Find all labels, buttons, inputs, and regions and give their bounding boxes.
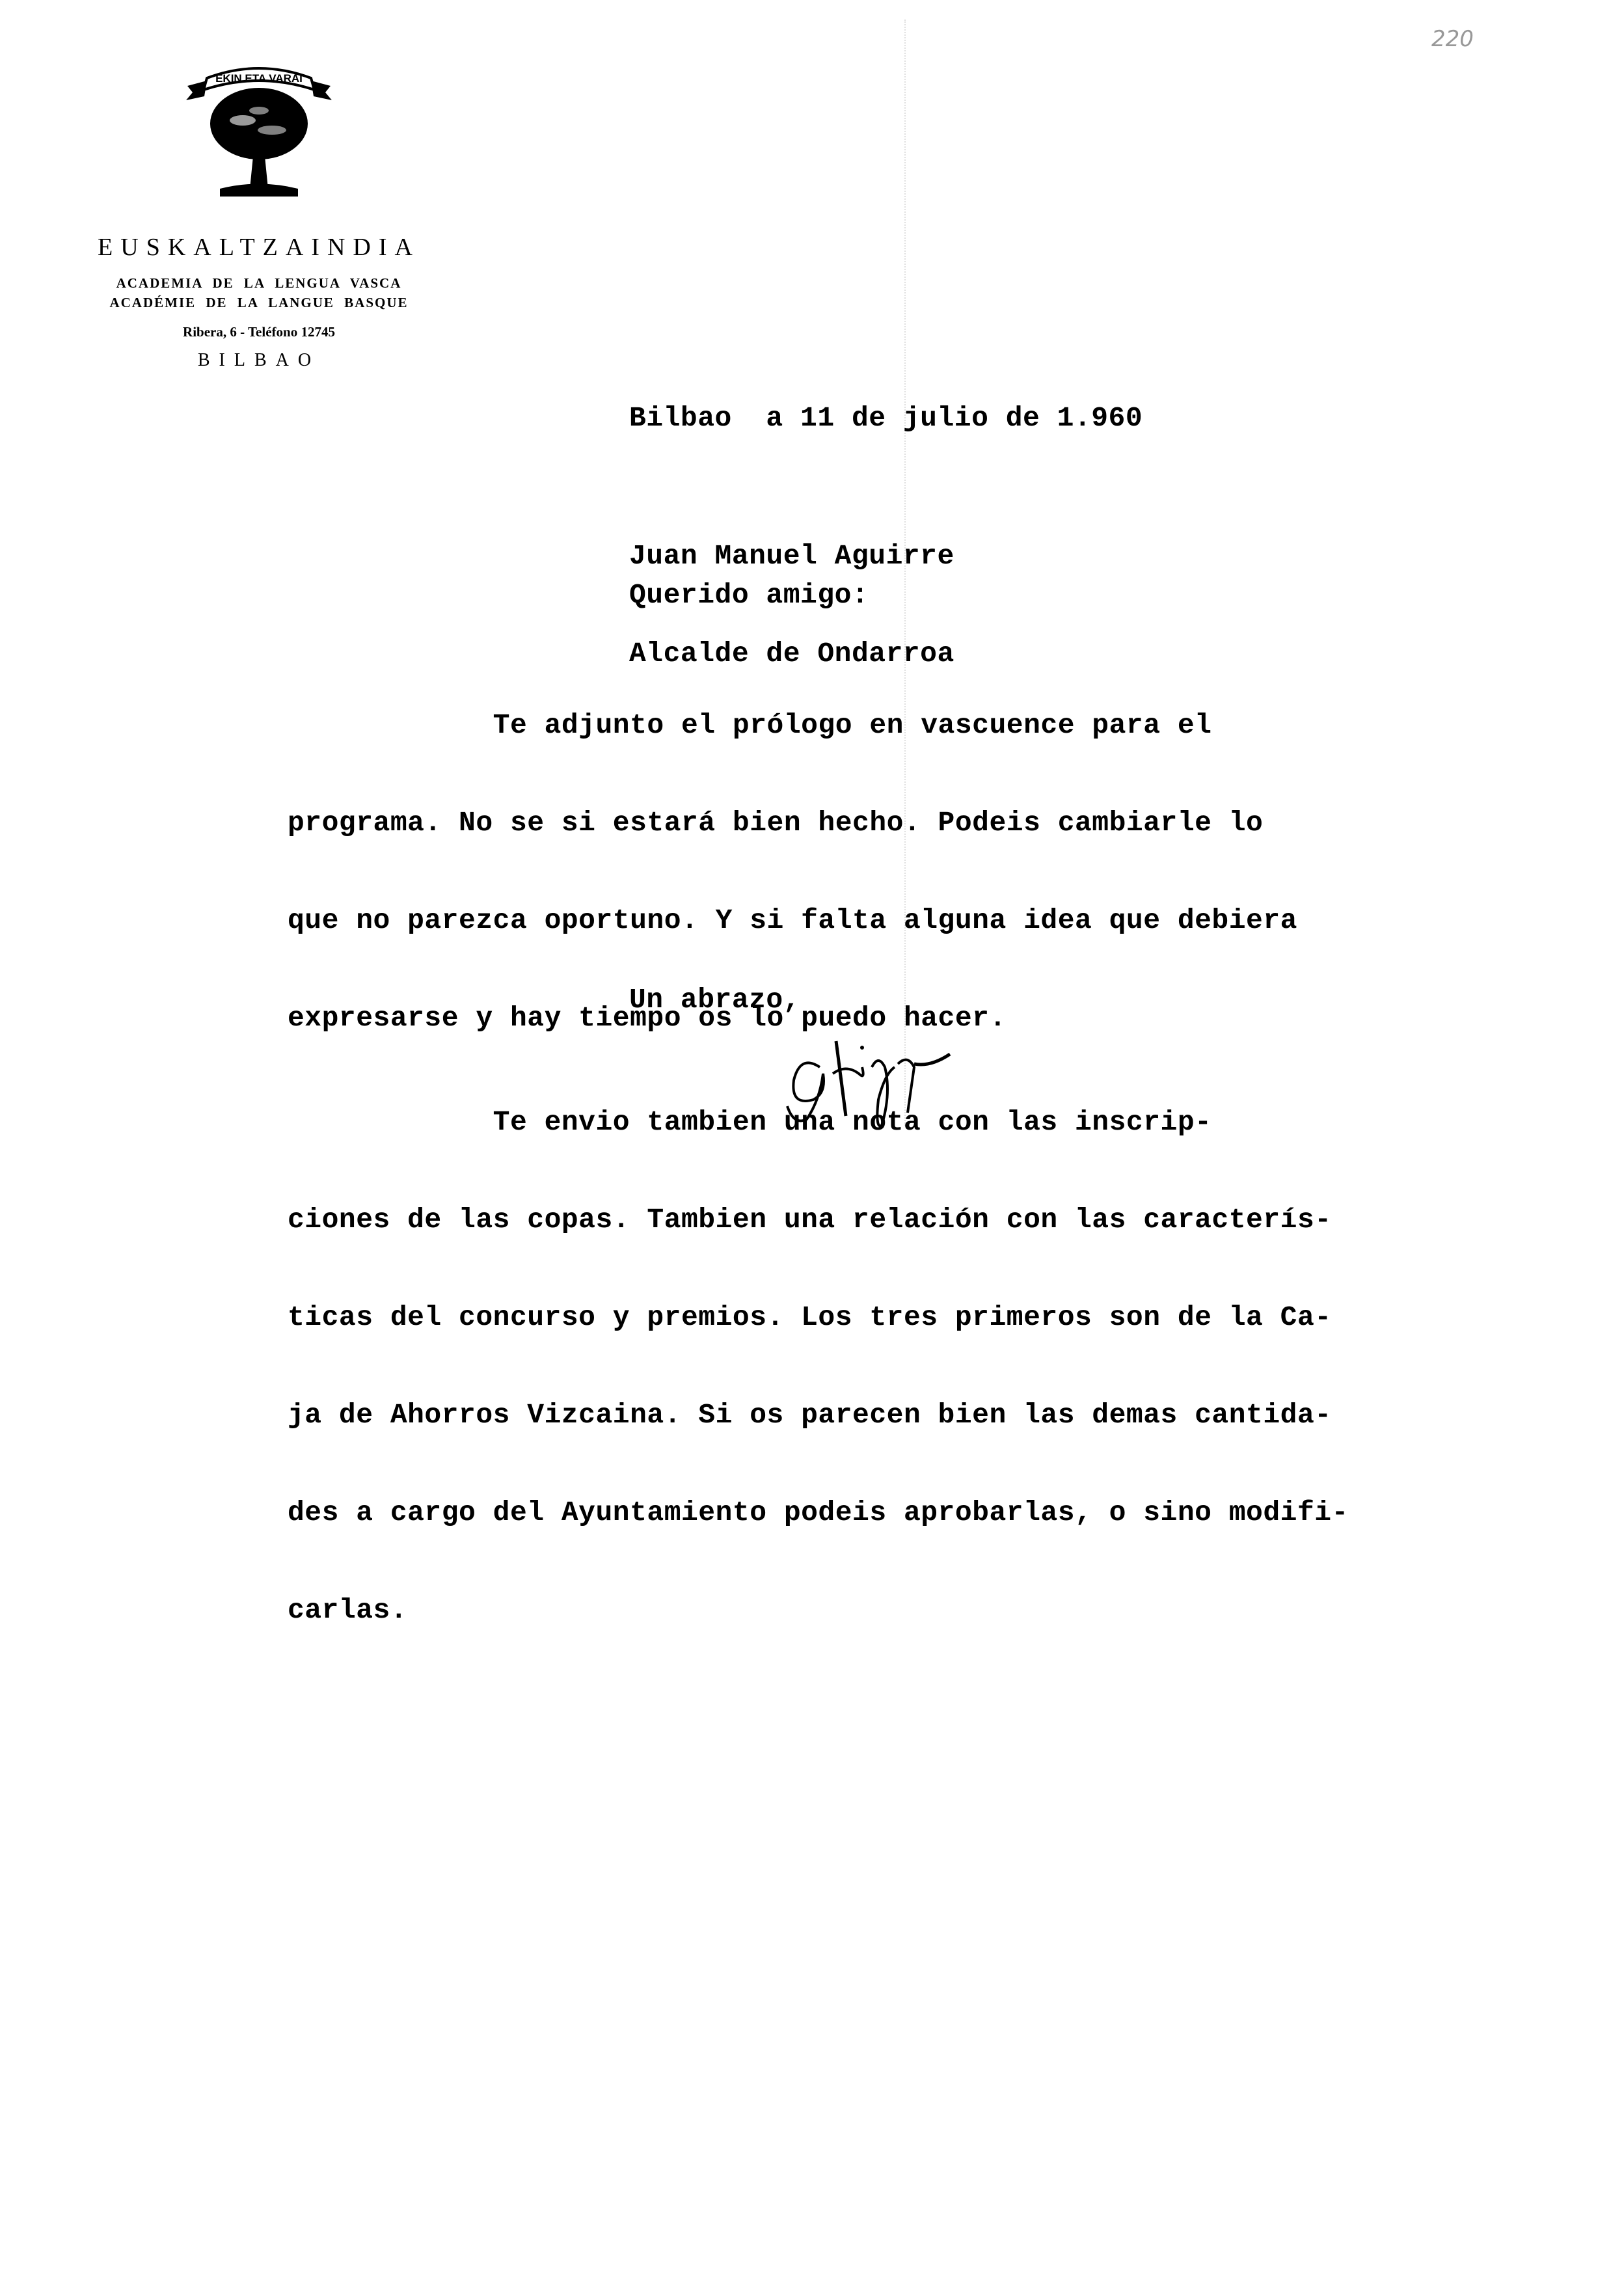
- folio-number: 220: [1431, 26, 1474, 52]
- letter-date: Bilbao a 11 de julio de 1.960: [629, 402, 1143, 435]
- motto-text: EKIN ETA VARAI: [215, 72, 303, 85]
- closing: Un abrazo,: [629, 984, 800, 1016]
- body-line: ciones de las copas. Tambien una relació…: [288, 1204, 1349, 1236]
- body-line: ja de Ahorros Vizcaina. Si os parecen bi…: [288, 1399, 1349, 1432]
- body-line: des a cargo del Ayuntamiento podeis apro…: [288, 1497, 1349, 1529]
- body-line: que no parezca oportuno. Y si falta algu…: [288, 904, 1349, 937]
- oak-tree-logo-icon: EKIN ETA VARAI: [181, 59, 337, 202]
- body-line: programa. No se si estará bien hecho. Po…: [288, 807, 1349, 839]
- letter-body: Te adjunto el prólogo en vascuence para …: [288, 644, 1349, 1659]
- organization-subtitle-french: ACADÉMIE DE LA LANGUE BASQUE: [77, 295, 441, 311]
- body-line: carlas.: [288, 1594, 1349, 1627]
- organization-subtitle-spanish: ACADEMIA DE LA LENGUA VASCA: [77, 275, 441, 292]
- organization-city: BILBAO: [77, 350, 441, 371]
- body-line: ticas del concurso y premios. Los tres p…: [288, 1301, 1349, 1334]
- signature-icon: [781, 1028, 1015, 1132]
- recipient-name: Juan Manuel Aguirre: [629, 540, 954, 573]
- organization-address: Ribera, 6 - Teléfono 12745: [77, 324, 441, 340]
- salutation: Querido amigo:: [629, 579, 869, 612]
- organization-name: EUSKALTZAINDIA: [77, 233, 441, 262]
- body-line: Te adjunto el prólogo en vascuence para …: [288, 709, 1349, 742]
